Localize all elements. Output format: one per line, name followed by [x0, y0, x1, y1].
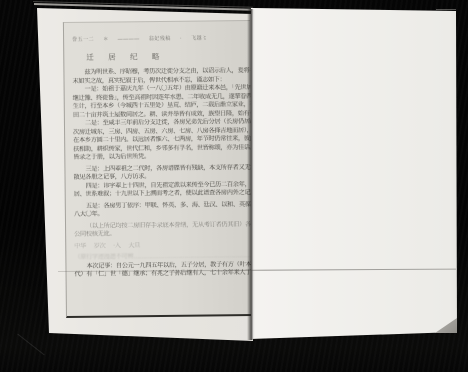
page-header-stamps: 誊五一二 ＊ ―――― 翁妃残稿 · 飞越〻: [72, 34, 250, 44]
text-block: 誊五一二 ＊ ―――― 翁妃残稿 · 飞越〻迁 居 纪 略兹为明世系、序昭穆，考…: [72, 21, 253, 279]
book-photo-scene: 誊五一二 ＊ ―――― 翁妃残稿 · 飞越〻迁 居 纪 略兹为明世系、序昭穆，考…: [0, 0, 468, 372]
text-line: 皆录之于册，以为后世所凭。: [73, 152, 251, 162]
right-page-top-edge: [436, 9, 456, 10]
text-line: 公同校核无讹。: [74, 229, 252, 239]
book-gutter: [247, 9, 255, 340]
photocopy-area: 誊五一二 ＊ ―――― 翁妃残稿 · 飞越〻迁 居 纪 略兹为明世系、序昭穆，考…: [63, 20, 253, 318]
page-title: 迁 居 纪 略: [86, 52, 250, 62]
text-line: 中华 岁次 ·入 大旦: [74, 241, 252, 251]
text-line: 居、世系难叙；十九世以下上溯而考之者，便以此谱查各房内外之记述。: [74, 189, 252, 199]
text-line: 八大〇年。: [74, 209, 252, 219]
surface-scratch: [17, 334, 44, 356]
